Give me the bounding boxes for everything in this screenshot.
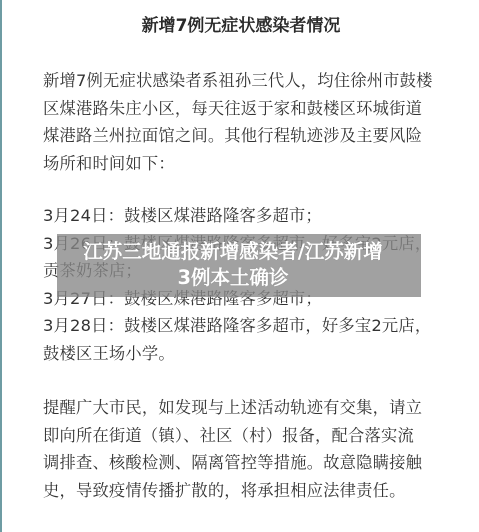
itinerary-line-mar24: 3月24日：鼓楼区煤港路隆客多超市； (43, 202, 443, 230)
intro-paragraph: 新增7例无症状感染者系祖孙三代人，均住徐州市鼓楼 区煤港路朱庄小区，每天往返于家… (43, 67, 443, 177)
paragraph-line: 提醒广大市民，如发现与上述活动轨迹有交集，请立 (43, 394, 443, 422)
paragraph-line: 场所和时间如下： (43, 150, 443, 178)
headline-caption-overlay: 江苏三地通报新增感染者/江苏新增 3例本土确诊 (57, 234, 421, 297)
caption-line: 江苏三地通报新增感染者/江苏新增 (57, 239, 409, 265)
paragraph-line: 新增7例无症状感染者系祖孙三代人，均住徐州市鼓楼 (43, 67, 443, 95)
paragraph-line: 即向所在街道（镇）、社区（村）报备，配合落实流 (43, 422, 443, 450)
caption-line: 3例本土确诊 (57, 265, 409, 291)
left-border-rule (0, 0, 2, 532)
itinerary-line-mar28-cont: 鼓楼区王场小学。 (43, 340, 443, 368)
paragraph-line: 区煤港路朱庄小区，每天往返于家和鼓楼区环城街道 (43, 95, 443, 123)
paragraph-line: 调排查、核酸检测、隔离管控等措施。故意隐瞒接触 (43, 449, 443, 477)
itinerary-line-mar28: 3月28日：鼓楼区煤港路隆客多超市，好多宝2元店， (43, 312, 443, 340)
article-title: 新增7例无症状感染者情况 (43, 14, 439, 38)
reminder-paragraph: 提醒广大市民，如发现与上述活动轨迹有交集，请立 即向所在街道（镇）、社区（村）报… (43, 394, 443, 504)
paragraph-line: 煤港路兰州拉面馆之间。其他行程轨迹涉及主要风险 (43, 122, 443, 150)
paragraph-line: 史，导致疫情传播扩散的，将承担相应法律责任。 (43, 477, 443, 505)
